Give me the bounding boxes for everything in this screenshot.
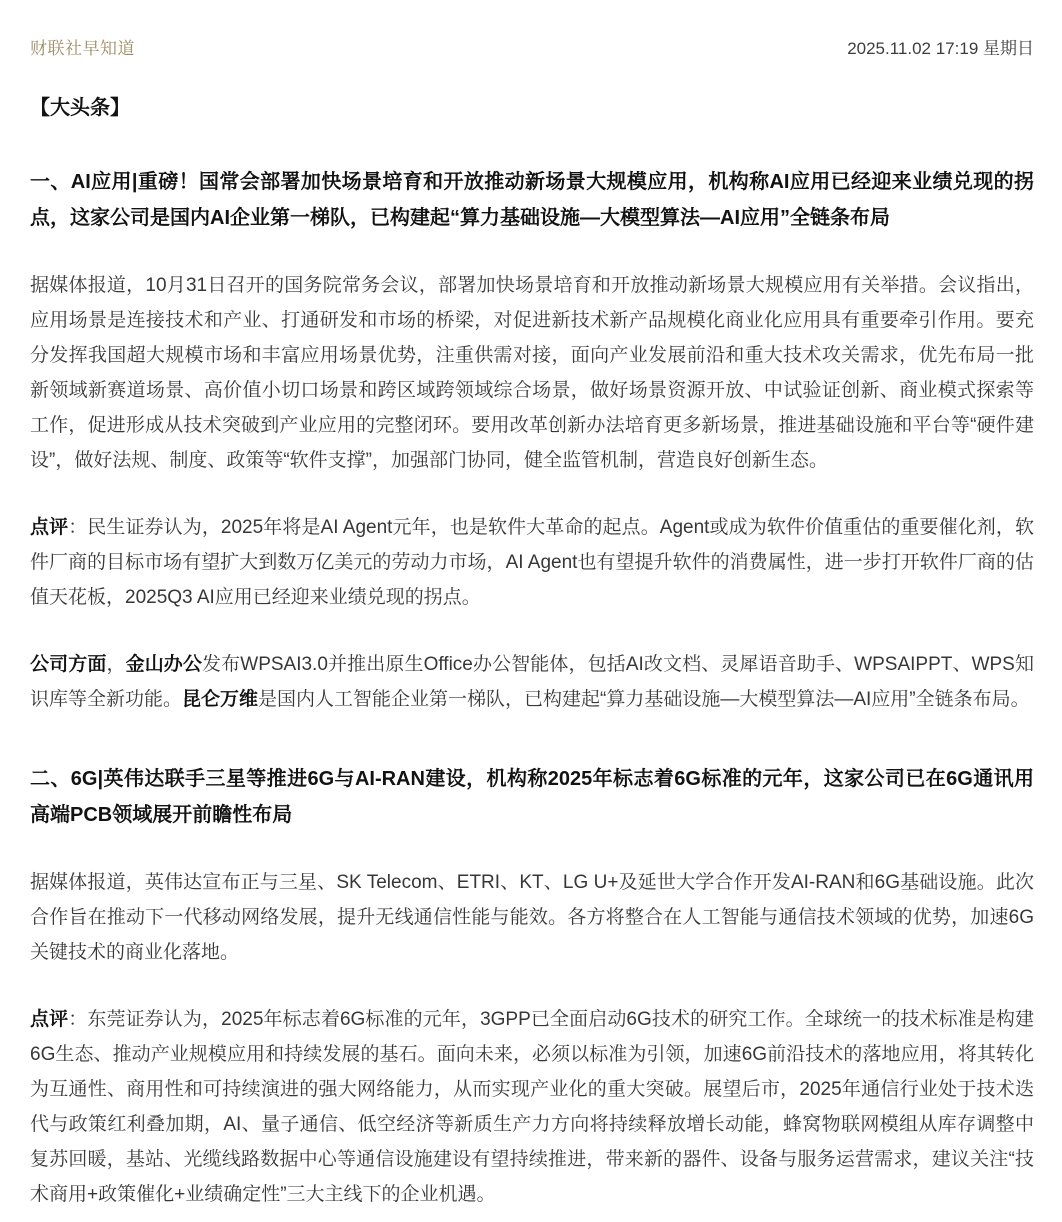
article-ai-application: 一、AI应用|重磅！国常会部署加快场景培育和开放推动新场景大规模应用，机构称AI… <box>30 164 1034 717</box>
article-paragraph-comment: 点评：民生证券认为，2025年将是AI Agent元年，也是软件大革命的起点。A… <box>30 510 1034 615</box>
page-header: 财联社早知道 2025.11.02 17:19 星期日 <box>30 38 1034 60</box>
article-paragraph-report: 据媒体报道，英伟达宣布正与三星、SK Telecom、ETRI、KT、LG U+… <box>30 865 1034 970</box>
text-run: ， <box>106 654 125 675</box>
emphasized-text: 点评 <box>30 517 68 538</box>
text-run: ：东莞证券认为，2025年标志着6G标准的元年，3GPP已全面启动6G技术的研究… <box>30 1009 1034 1205</box>
text-run: 是国内人工智能企业第一梯队，已构建起“算力基础设施—大模型算法—AI应用”全链条… <box>258 689 1030 710</box>
article-6g: 二、6G|英伟达联手三星等推进6G与AI-RAN建设，机构称2025年标志着6G… <box>30 761 1034 1212</box>
emphasized-text: 公司方面 <box>30 654 106 675</box>
text-run: 据媒体报道，英伟达宣布正与三星、SK Telecom、ETRI、KT、LG U+… <box>30 872 1034 963</box>
publish-datetime: 2025.11.02 17:19 星期日 <box>847 38 1034 60</box>
article-paragraph-companies: 公司方面，金山办公发布WPSAI3.0并推出原生Office办公智能体，包括AI… <box>30 647 1034 717</box>
text-run: ：民生证券认为，2025年将是AI Agent元年，也是软件大革命的起点。Age… <box>30 517 1034 608</box>
article-title: 一、AI应用|重磅！国常会部署加快场景培育和开放推动新场景大规模应用，机构称AI… <box>30 164 1034 236</box>
emphasized-text: 点评 <box>30 1009 68 1030</box>
text-run: 据媒体报道，10月31日召开的国务院常务会议，部署加快场景培育和开放推动新场景大… <box>30 275 1034 471</box>
newsletter-page: 财联社早知道 2025.11.02 17:19 星期日 【大头条】 一、AI应用… <box>0 0 1062 1222</box>
emphasized-text: 昆仑万维 <box>182 689 258 710</box>
section-label-headlines: 【大头条】 <box>30 96 1034 120</box>
emphasized-text: 金山办公 <box>126 654 202 675</box>
article-paragraph-report: 据媒体报道，10月31日召开的国务院常务会议，部署加快场景培育和开放推动新场景大… <box>30 268 1034 478</box>
article-paragraph-comment: 点评：东莞证券认为，2025年标志着6G标准的元年，3GPP已全面启动6G技术的… <box>30 1002 1034 1212</box>
brand-title: 财联社早知道 <box>30 38 135 60</box>
article-title: 二、6G|英伟达联手三星等推进6G与AI-RAN建设，机构称2025年标志着6G… <box>30 761 1034 833</box>
